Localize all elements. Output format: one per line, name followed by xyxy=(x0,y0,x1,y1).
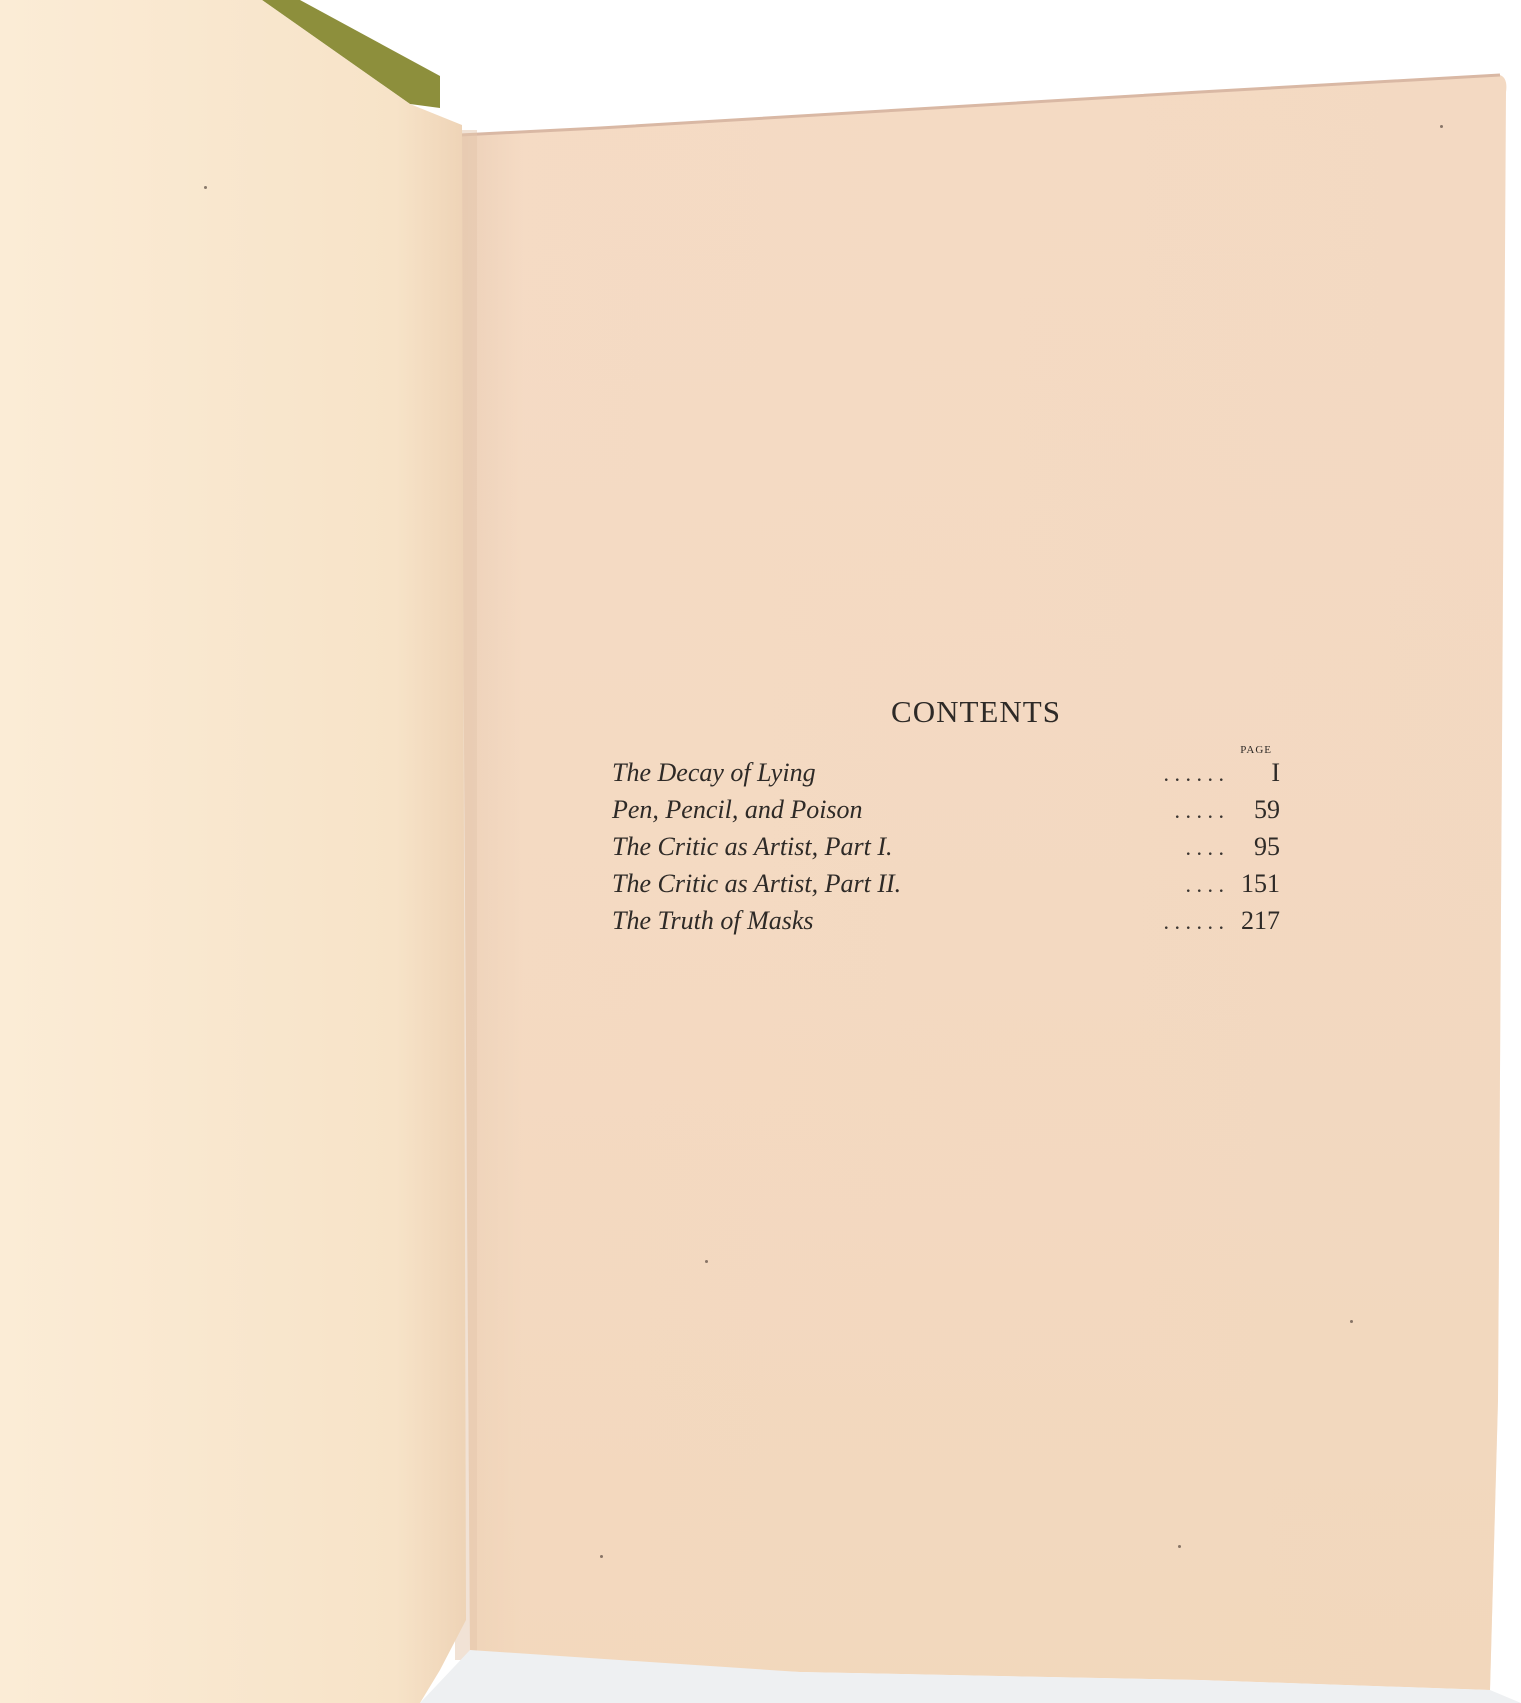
paper-speck xyxy=(705,1260,708,1263)
toc-leader-dots: . . . . . xyxy=(863,798,1230,824)
contents-heading: CONTENTS xyxy=(612,694,1280,730)
toc-leader-dots: . . . . . . xyxy=(816,761,1230,787)
paper-speck xyxy=(1178,1545,1181,1548)
toc-entry-page: 59 xyxy=(1230,795,1280,825)
toc-entry-title: The Truth of Masks xyxy=(612,906,814,936)
toc-entry-title: The Decay of Lying xyxy=(612,758,816,788)
toc-entry: Pen, Pencil, and Poison . . . . . 59 xyxy=(612,795,1280,832)
toc-entry-title: The Critic as Artist, Part I. xyxy=(612,832,893,862)
open-book: CONTENTS PAGE The Decay of Lying . . . .… xyxy=(0,0,1521,1703)
toc-leader-dots: . . . . xyxy=(893,835,1231,861)
toc-entry: The Decay of Lying . . . . . . I xyxy=(612,758,1280,795)
toc-list: The Decay of Lying . . . . . . I Pen, Pe… xyxy=(612,758,1280,943)
toc-entry: The Critic as Artist, Part I. . . . . 95 xyxy=(612,832,1280,869)
toc-leader-dots: . . . . xyxy=(901,872,1230,898)
toc-entry-page: 151 xyxy=(1230,869,1280,899)
paper-speck xyxy=(1350,1320,1353,1323)
paper-speck xyxy=(1440,125,1443,128)
toc-leader-dots: . . . . . . xyxy=(814,909,1230,935)
paper-speck xyxy=(600,1555,603,1558)
table-of-contents: CONTENTS PAGE The Decay of Lying . . . .… xyxy=(612,694,1280,943)
toc-entry-page: 217 xyxy=(1230,906,1280,936)
toc-entry-title: The Critic as Artist, Part II. xyxy=(612,869,901,899)
toc-entry-page: 95 xyxy=(1230,832,1280,862)
toc-entry: The Truth of Masks . . . . . . 217 xyxy=(612,906,1280,943)
toc-entry: The Critic as Artist, Part II. . . . . 1… xyxy=(612,869,1280,906)
page-column-label: PAGE xyxy=(612,744,1272,758)
toc-entry-page: I xyxy=(1230,758,1280,788)
toc-entry-title: Pen, Pencil, and Poison xyxy=(612,795,863,825)
paper-speck xyxy=(204,186,207,189)
